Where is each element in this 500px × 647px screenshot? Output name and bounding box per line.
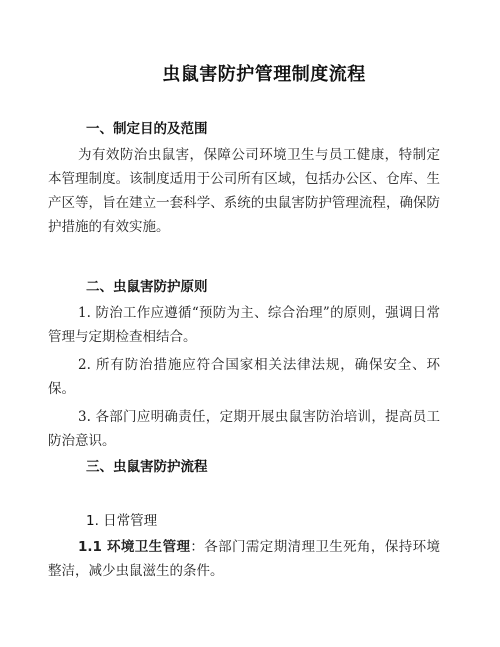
subsection-heading: 1. 日常管理 [48, 509, 440, 533]
section-paragraph: 为有效防治虫鼠害，保障公司环境卫生与员工健康，特制定本管理制度。该制度适用于公司… [48, 143, 440, 239]
section-heading: 三、虫鼠害防护流程 [48, 455, 440, 479]
section-heading: 一、制定目的及范围 [48, 117, 440, 141]
process-item-separator: ： [190, 539, 204, 555]
document-title: 虫鼠害防护管理制度流程 [0, 60, 500, 86]
document-page: 虫鼠害防护管理制度流程 一、制定目的及范围 为有效防治虫鼠害，保障公司环境卫生与… [0, 0, 500, 647]
process-item: 1.1 环境卫生管理：各部门需定期清理卫生死角，保持环境整洁，减少虫鼠滋生的条件… [48, 535, 440, 583]
principle-item: 1. 防治工作应遵循“预防为主、综合治理”的原则，强调日常管理与定期检查相结合。 [48, 301, 440, 349]
principle-item: 2. 所有防治措施应符合国家相关法律法规，确保安全、环保。 [48, 353, 440, 401]
section-purpose-scope: 一、制定目的及范围 为有效防治虫鼠害，保障公司环境卫生与员工健康，特制定本管理制… [48, 117, 440, 239]
subsection-daily-management: 1. 日常管理 1.1 环境卫生管理：各部门需定期清理卫生死角，保持环境整洁，减… [48, 509, 440, 583]
section-heading: 二、虫鼠害防护原则 [48, 275, 440, 299]
section-principles: 二、虫鼠害防护原则 1. 防治工作应遵循“预防为主、综合治理”的原则，强调日常管… [48, 275, 440, 453]
principle-item: 3. 各部门应明确责任，定期开展虫鼠害防治培训，提高员工防治意识。 [48, 405, 440, 453]
section-process: 三、虫鼠害防护流程 [48, 455, 440, 479]
process-item-label: 1.1 环境卫生管理 [78, 539, 190, 555]
